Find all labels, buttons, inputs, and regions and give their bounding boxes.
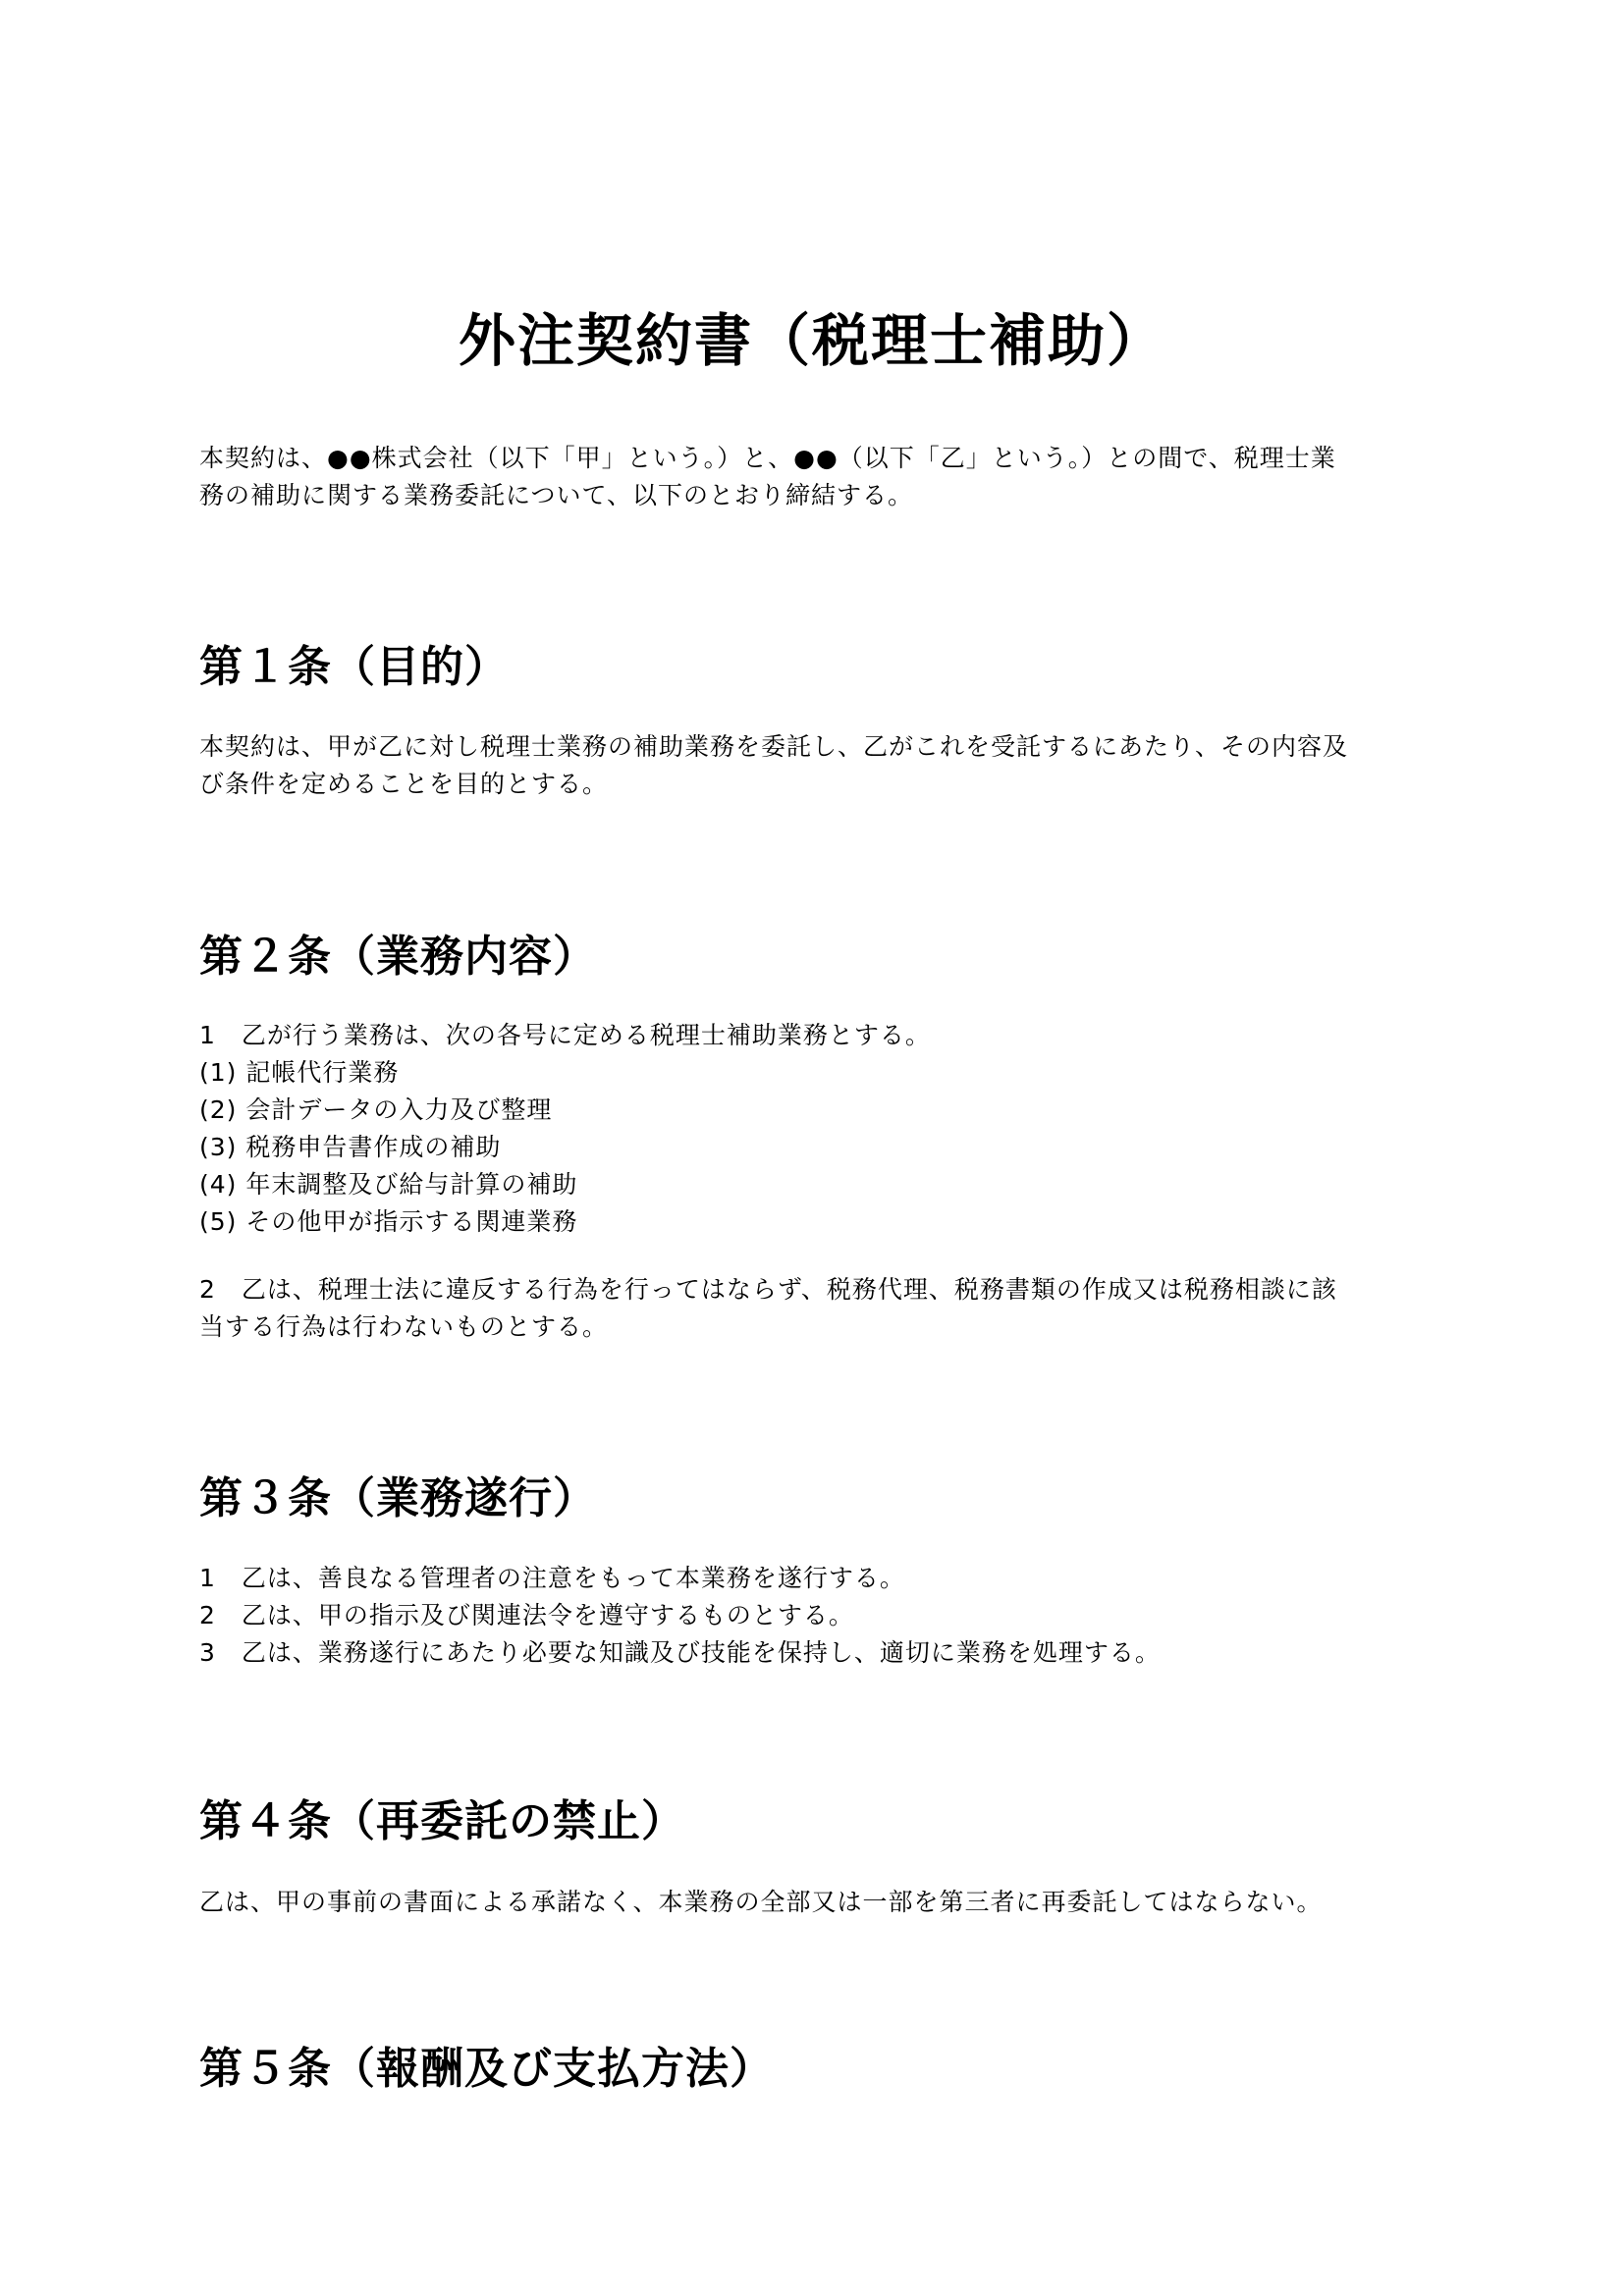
article-2-clause-2-line: 当する行為は行わないものとする。 xyxy=(199,1308,1436,1346)
article-2-item: (3) 税務申告書作成の補助 xyxy=(199,1129,1436,1166)
article-5-heading: 第５条（報酬及び支払方法） xyxy=(199,2040,774,2099)
article-3-heading: 第３条（業務遂行） xyxy=(199,1469,597,1528)
article-3-clause: 1 乙は、善良なる管理者の注意をもって本業務を遂行する。 xyxy=(199,1560,1436,1597)
article-3-body: 1 乙は、善良なる管理者の注意をもって本業務を遂行する。 2 乙は、甲の指示及び… xyxy=(199,1560,1436,1672)
article-2-item: (4) 年末調整及び給与計算の補助 xyxy=(199,1166,1436,1203)
document-title: 外注契約書（税理士補助） xyxy=(0,301,1624,380)
article-2-clause-2-line: 2 乙は、税理士法に違反する行為を行ってはならず、税務代理、税務書類の作成又は税… xyxy=(199,1271,1436,1308)
article-2-clause-1: 1 乙が行う業務は、次の各号に定める税理士補助業務とする。 (1) 記帳代行業務… xyxy=(199,1017,1436,1241)
preamble-line: 務の補助に関する業務委託について、以下のとおり締結する。 xyxy=(199,477,1436,514)
preamble: 本契約は、●●株式会社（以下「甲」という。）と、●●（以下「乙」という。）との間… xyxy=(199,440,1436,514)
article-1-body: 本契約は、甲が乙に対し税理士業務の補助業務を委託し、乙がこれを受託するにあたり、… xyxy=(199,728,1436,803)
article-2-clause-2: 2 乙は、税理士法に違反する行為を行ってはならず、税務代理、税務書類の作成又は税… xyxy=(199,1271,1436,1346)
preamble-line: 本契約は、●●株式会社（以下「甲」という。）と、●●（以下「乙」という。）との間… xyxy=(199,440,1436,477)
article-2-item: (2) 会計データの入力及び整理 xyxy=(199,1092,1436,1129)
article-1-line: び条件を定めることを目的とする。 xyxy=(199,766,1436,803)
article-1-heading: 第１条（目的） xyxy=(199,638,509,697)
document-page: 外注契約書（税理士補助） 本契約は、●●株式会社（以下「甲」という。）と、●●（… xyxy=(0,0,1624,2296)
article-3-clause: 3 乙は、業務遂行にあたり必要な知識及び技能を保持し、適切に業務を処理する。 xyxy=(199,1634,1436,1672)
article-2-clause-1-text: 1 乙が行う業務は、次の各号に定める税理士補助業務とする。 xyxy=(199,1017,1436,1054)
article-4-line: 乙は、甲の事前の書面による承諾なく、本業務の全部又は一部を第三者に再委託してはな… xyxy=(199,1884,1436,1921)
article-1-line: 本契約は、甲が乙に対し税理士業務の補助業務を委託し、乙がこれを受託するにあたり、… xyxy=(199,728,1436,766)
article-4-heading: 第４条（再委託の禁止） xyxy=(199,1792,685,1851)
article-4-body: 乙は、甲の事前の書面による承諾なく、本業務の全部又は一部を第三者に再委託してはな… xyxy=(199,1884,1436,1921)
article-3-clause: 2 乙は、甲の指示及び関連法令を遵守するものとする。 xyxy=(199,1597,1436,1634)
article-2-item: (1) 記帳代行業務 xyxy=(199,1054,1436,1092)
article-2-heading: 第２条（業務内容） xyxy=(199,928,597,987)
article-2-item: (5) その他甲が指示する関連業務 xyxy=(199,1203,1436,1241)
